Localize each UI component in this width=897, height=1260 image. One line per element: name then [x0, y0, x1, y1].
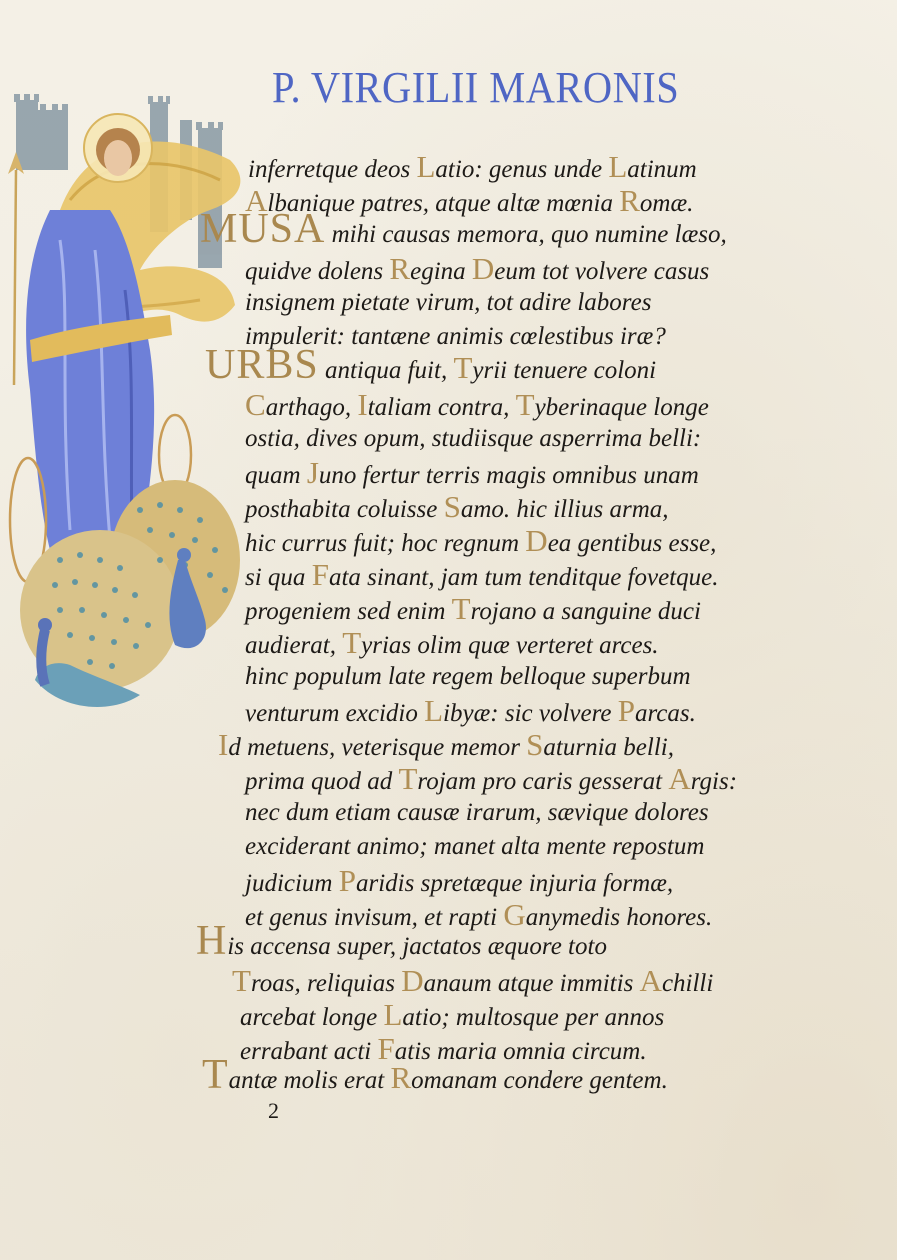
verse-line: venturum excidio Libyæ: sic volvere Parc…: [245, 696, 696, 729]
gold-capital: A: [640, 963, 662, 998]
verse-text: eum tot volvere casus: [494, 258, 709, 285]
gold-capital: T: [398, 761, 417, 796]
verse-text: hinc populum late regem belloque superbu…: [245, 663, 691, 690]
verse-text: si qua: [245, 564, 312, 591]
verse-text: ata sinant, jam tum tenditque fovetque.: [329, 564, 719, 591]
gold-capital: R: [390, 1060, 411, 1095]
verse-text: is accensa super, jactatos æquore toto: [227, 933, 607, 960]
verse-line: quidve dolens Regina Deum tot volvere ca…: [245, 254, 709, 287]
verse-text: exciderant animo; manet alta mente repos…: [245, 833, 704, 860]
page-number: 2: [268, 1098, 279, 1124]
verse-text: roas, reliquias: [251, 970, 401, 997]
verse-text: quam: [245, 462, 307, 489]
gold-capital: P: [618, 693, 635, 728]
verse-text: rojano a sanguine duci: [471, 598, 701, 625]
verse-text: ostia, dives opum, studiisque asperrima …: [245, 425, 701, 452]
gold-capital: T: [452, 591, 471, 626]
verse-text: mihi causas memora, quo numine læso,: [325, 221, 726, 248]
verse-text: venturum excidio: [245, 700, 424, 727]
verse-text: chilli: [662, 970, 713, 997]
verse-line: inferretque deos Latio: genus unde Latin…: [248, 152, 697, 185]
gold-capital: C: [245, 387, 266, 422]
verse-text: yrii tenuere coloni: [472, 357, 656, 384]
illuminated-initial: MUSA: [200, 206, 325, 252]
verse-line: ostia, dives opum, studiisque asperrima …: [245, 424, 701, 454]
verse-text: inferretque deos: [248, 156, 416, 183]
verse-line: exciderant animo; manet alta mente repos…: [245, 832, 704, 862]
verse-text: audierat,: [245, 632, 342, 659]
verse-text: arthago,: [266, 394, 358, 421]
verse-text: omæ.: [640, 190, 693, 217]
verse-line: His accensa super, jactatos æquore toto: [196, 926, 607, 962]
verse-text: nec dum etiam causæ irarum, sævique dolo…: [245, 799, 709, 826]
gold-capital: L: [424, 693, 443, 728]
verse-text: ea gentibus esse,: [548, 530, 717, 557]
gold-capital: F: [312, 557, 329, 592]
verse-line: hic currus fuit; hoc regnum Dea gentibus…: [245, 526, 716, 559]
gold-capital: A: [668, 761, 690, 796]
gold-capital: R: [389, 251, 410, 286]
verse-text: aridis spretæque injuria formæ,: [356, 870, 673, 897]
verse-line: quam Juno fertur terris magis omnibus un…: [245, 458, 699, 491]
verse-text: atinum: [627, 156, 696, 183]
verse-text: d metuens, veterisque memor: [228, 734, 526, 761]
gold-capital: L: [608, 149, 627, 184]
verse-text: quidve dolens: [245, 258, 389, 285]
verse-text: arcebat longe: [240, 1004, 383, 1031]
verse-line: posthabita coluisse Samo. hic illius arm…: [245, 492, 669, 525]
gold-capital: J: [307, 455, 319, 490]
illuminated-initial: URBS: [205, 342, 319, 388]
gold-capital: D: [525, 523, 547, 558]
gold-capital: D: [401, 963, 423, 998]
gold-capital: L: [416, 149, 435, 184]
verse-line: URBS antiqua fuit, Tyrii tenuere coloni: [205, 350, 656, 386]
verse-text: arcas.: [635, 700, 696, 727]
verse-line: si qua Fata sinant, jam tum tenditque fo…: [245, 560, 718, 593]
verse-text: aturnia belli,: [543, 734, 674, 761]
gold-capital: I: [357, 387, 367, 422]
illuminated-initial: T: [202, 1052, 229, 1098]
gold-capital: T: [232, 963, 251, 998]
verse-line: MUSA mihi causas memora, quo numine læso…: [200, 214, 727, 250]
gold-capital: S: [526, 727, 543, 762]
verse-text: antiqua fuit,: [319, 357, 454, 384]
gold-capital: T: [516, 387, 535, 422]
juno-illumination-illustration: [0, 90, 250, 730]
gold-capital: R: [619, 183, 640, 218]
verse-text: hic currus fuit; hoc regnum: [245, 530, 525, 557]
manuscript-page: P. VIRGILII MARONIS: [0, 0, 897, 1260]
verse-text: prima quod ad: [245, 768, 398, 795]
verse-text: rgis:: [691, 768, 737, 795]
verse-text: taliam contra,: [368, 394, 516, 421]
gold-capital: T: [342, 625, 361, 660]
verse-text: uno fertur terris magis omnibus unam: [319, 462, 699, 489]
verse-text: judicium: [245, 870, 339, 897]
verse-text: insignem pietate virum, tot adire labore…: [245, 289, 651, 316]
verse-text: atio: genus unde: [435, 156, 608, 183]
page-title: P. VIRGILII MARONIS: [272, 62, 679, 113]
verse-text: anaum atque immitis: [424, 970, 640, 997]
verse-line: insignem pietate virum, tot adire labore…: [245, 288, 651, 318]
gold-capital: T: [453, 350, 472, 385]
verse-line: audierat, Tyrias olim quæ verteret arces…: [245, 628, 659, 661]
verse-line: progeniem sed enim Trojano a sanguine du…: [245, 594, 701, 627]
verse-text: antæ molis erat: [229, 1067, 391, 1094]
gold-capital: L: [383, 997, 402, 1032]
verse-text: yberinaque longe: [535, 394, 709, 421]
verse-line: hinc populum late regem belloque superbu…: [245, 662, 691, 692]
verse-line: Id metuens, veterisque memor Saturnia be…: [218, 730, 674, 763]
verse-line: arcebat longe Latio; multosque per annos: [240, 1000, 664, 1033]
verse-line: nec dum etiam causæ irarum, sævique dolo…: [245, 798, 709, 828]
verse-text: atio; multosque per annos: [402, 1004, 664, 1031]
gold-capital: P: [339, 863, 356, 898]
verse-text: posthabita coluisse: [245, 496, 444, 523]
illuminated-initial: H: [196, 918, 227, 964]
verse-text: omanam condere gentem.: [411, 1067, 668, 1094]
verse-text: egina: [410, 258, 472, 285]
verse-text: ibyæ: sic volvere: [443, 700, 618, 727]
verse-line: Troas, reliquias Danaum atque immitis Ac…: [232, 966, 713, 999]
gold-capital: D: [472, 251, 494, 286]
verse-line: prima quod ad Trojam pro caris gesserat …: [245, 764, 737, 797]
verse-text: rojam pro caris gesserat: [417, 768, 668, 795]
gold-capital: I: [218, 727, 228, 762]
gold-capital: S: [444, 489, 461, 524]
verse-line: judicium Paridis spretæque injuria formæ…: [245, 866, 673, 899]
verse-text: progeniem sed enim: [245, 598, 452, 625]
verse-text: yrias olim quæ verteret arces.: [361, 632, 658, 659]
verse-line: Carthago, Italiam contra, Tyberinaque lo…: [245, 390, 709, 423]
verse-line: Tantæ molis erat Romanam condere gentem.: [202, 1060, 668, 1096]
verse-text: amo. hic illius arma,: [461, 496, 669, 523]
